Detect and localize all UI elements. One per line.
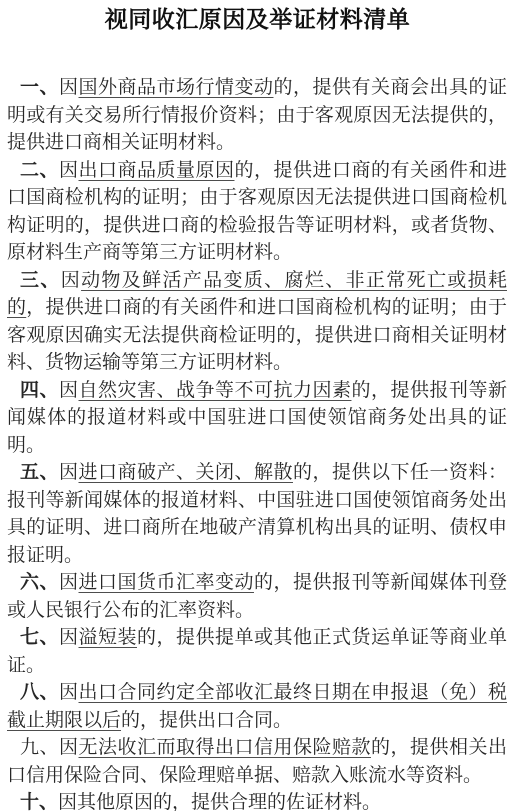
document-page: { "title": "视同收汇原因及举证材料清单", "colors": { … — [0, 0, 515, 811]
underlined-reason: 进口商破产、关闭、解散 — [79, 461, 293, 483]
item-number: 三、 — [20, 269, 61, 291]
list-item: 六、因进口国货币汇率变动的，提供报刊等新闻媒体刊登或人民银行公布的汇率资料。 — [7, 569, 507, 624]
list-item: 三、因动物及鲜活产品变质、腐烂、非正常死亡或损耗的，提供进口商的有关函件和进口国… — [7, 267, 507, 377]
item-text: 因 — [59, 461, 79, 483]
underlined-reason: 自然灾害、战争等不可抗力因素 — [79, 379, 352, 401]
list-item: 八、因出口合同约定全部收汇最终日期在申报退（免）税截止期限以后的，提供出口合同。 — [7, 679, 507, 734]
item-number: 一、 — [20, 76, 59, 98]
item-text: 因 — [61, 269, 81, 291]
list-item: 二、因出口商品质量原因的，提供进口商的有关函件和进口国商检机构的证明；由于客观原… — [7, 157, 507, 267]
item-text: 因 — [59, 159, 79, 181]
list-item: 九、因无法收汇而取得出口信用保险赔款的，提供相关出口信用保险合同、保险理赔单据、… — [7, 734, 507, 789]
item-number: 二、 — [20, 159, 59, 181]
underlined-reason: 无法收汇而取得出口信用保险赔款 — [79, 736, 371, 758]
document-title: 视同收汇原因及举证材料清单 — [10, 6, 505, 34]
underlined-reason: 出口商品质量原因 — [79, 159, 235, 181]
item-text: 的，提供出口合同。 — [121, 709, 292, 731]
list-item: 四、因自然灾害、战争等不可抗力因素的，提供报刊等新闻媒体的报道材料或中国驻进口国… — [7, 377, 507, 460]
underlined-reason: 其他原因 — [77, 791, 153, 811]
item-text: 因 — [59, 571, 79, 593]
list-item: 七、因溢短装的，提供提单或其他正式货运单证等商业单证。 — [7, 624, 507, 679]
item-number: 四、 — [20, 379, 59, 401]
item-number: 五、 — [20, 461, 59, 483]
item-text: 因 — [59, 681, 79, 703]
item-text: 因 — [59, 626, 79, 648]
item-number: 八、 — [20, 681, 59, 703]
item-text: 因 — [58, 791, 77, 811]
item-text: 因 — [59, 736, 79, 758]
underlined-reason: 进口国货币汇率变动 — [79, 571, 254, 593]
item-number: 十、 — [20, 791, 58, 811]
item-number: 九、 — [20, 736, 59, 758]
items-list: 一、因国外商品市场行情变动的，提供有关商会出具的证明或有关交易所行情报价资料；由… — [0, 74, 515, 811]
underlined-reason: 国外商品市场行情变动 — [79, 76, 274, 98]
list-item: 一、因国外商品市场行情变动的，提供有关商会出具的证明或有关交易所行情报价资料；由… — [7, 74, 507, 157]
underlined-reason: 溢短装 — [79, 626, 138, 648]
list-item: 十、因其他原因的，提供合理的佐证材料。 — [7, 789, 507, 811]
item-text: 因 — [59, 379, 79, 401]
item-number: 六、 — [20, 571, 59, 593]
item-number: 七、 — [20, 626, 59, 648]
item-text: 的，提供合理的佐证材料。 — [153, 791, 381, 811]
list-item: 五、因进口商破产、关闭、解散的，提供以下任一资料：报刊等新闻媒体的报道材料、中国… — [7, 459, 507, 569]
item-text: ，提供进口商的有关函件和进口国商检机构的证明；由于客观原因确实无法提供商检证明的… — [7, 296, 507, 373]
item-text: 因 — [59, 76, 79, 98]
